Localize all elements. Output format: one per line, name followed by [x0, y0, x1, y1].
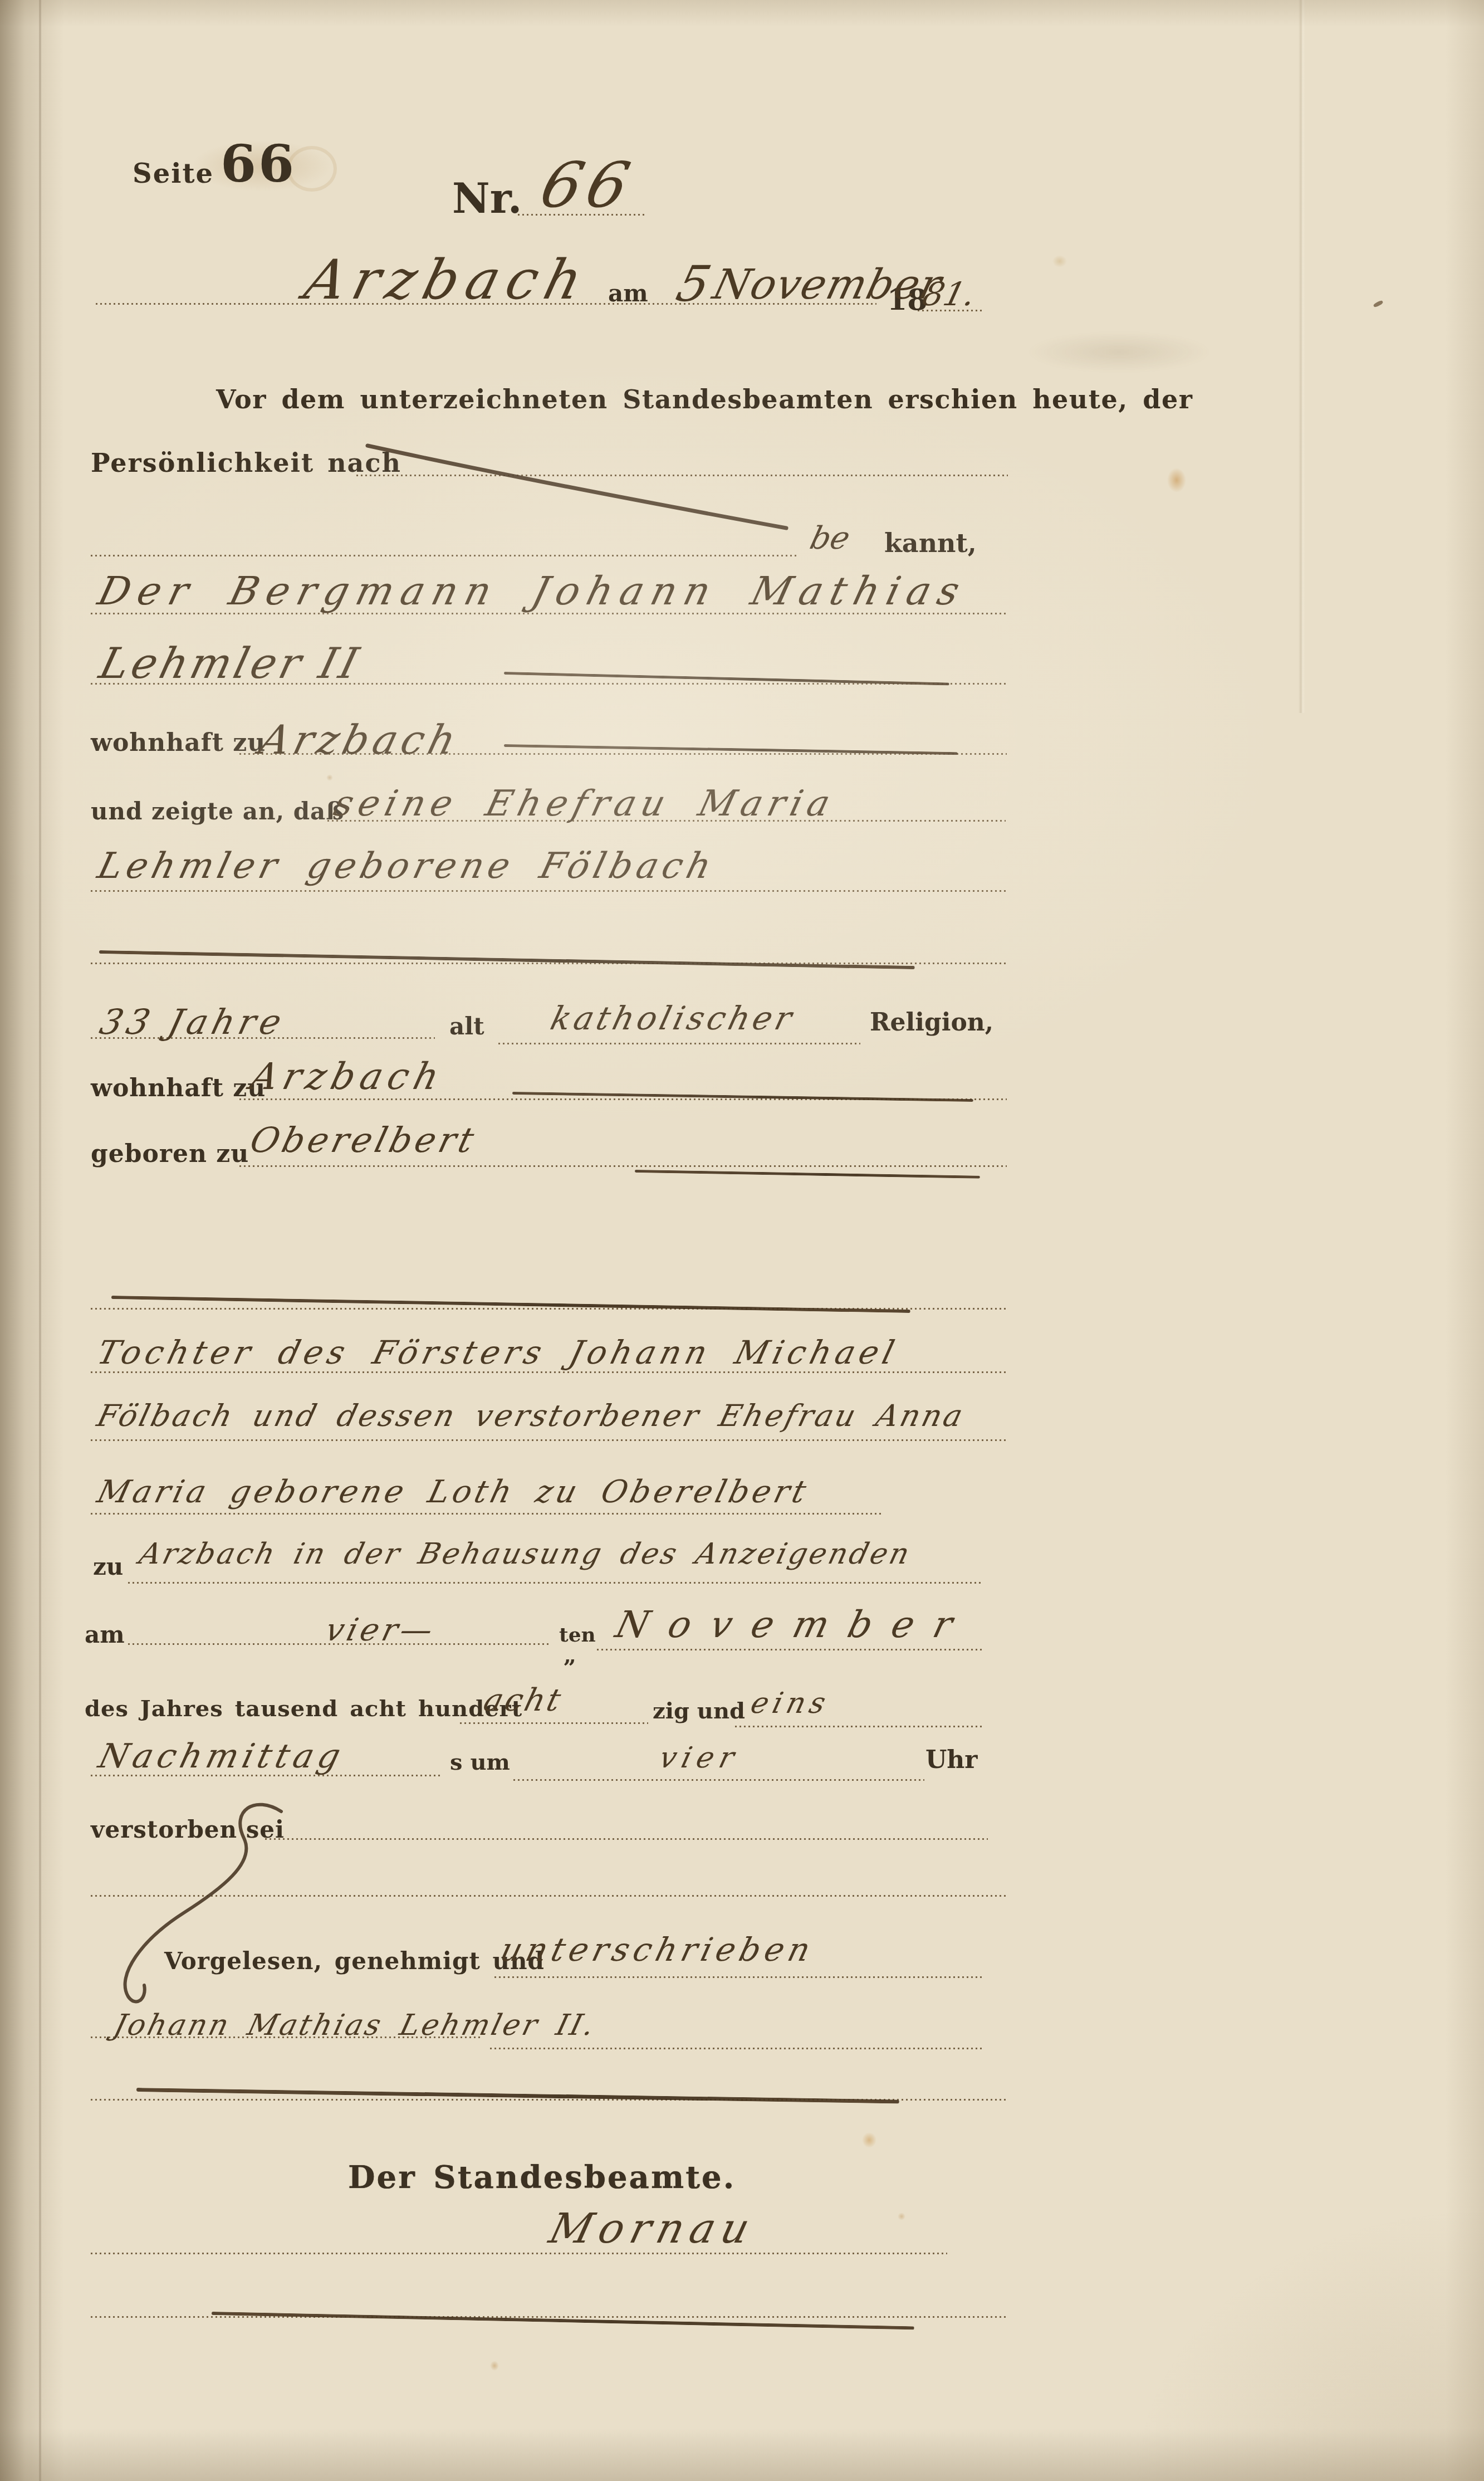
closing-flourish	[125, 1805, 281, 2002]
register-page: Seite 66 Nr. 66 Arzbach am 5 November 18…	[0, 0, 1484, 2481]
pen-flourishes	[0, 0, 1484, 2481]
diagonal-pen-stroke	[368, 446, 786, 528]
